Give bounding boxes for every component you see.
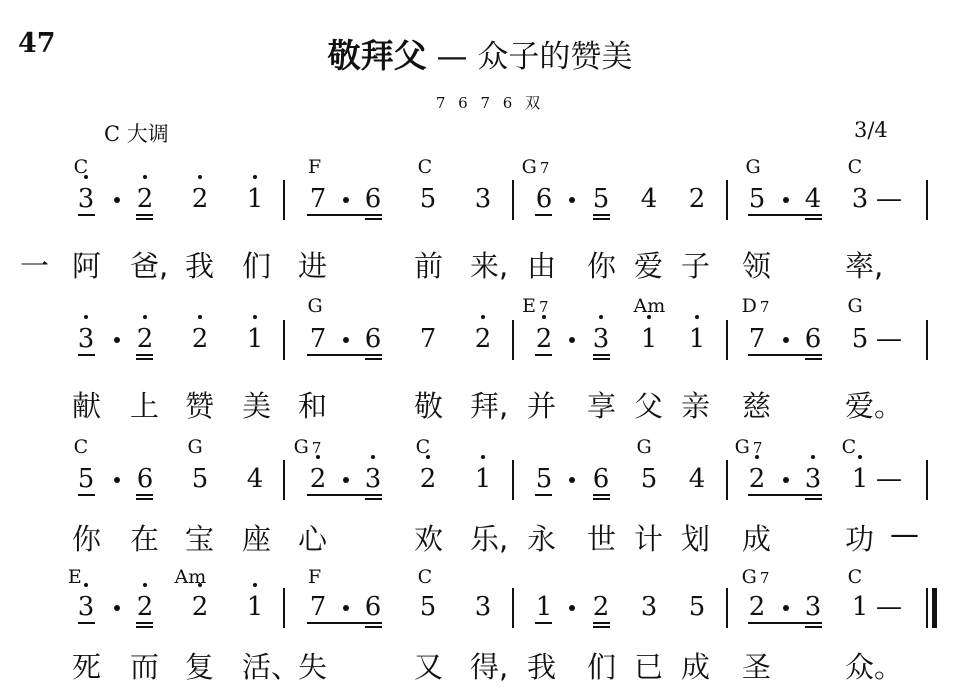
key-signature: C 大调 — [104, 118, 169, 148]
lyric-syllable: — — [890, 517, 930, 551]
underline — [307, 354, 382, 356]
chord-name: G — [636, 436, 651, 458]
high-octave-dot — [253, 315, 257, 319]
underline — [593, 622, 610, 624]
note: 5 — [845, 324, 875, 354]
underline — [307, 622, 382, 624]
chord-symbol: G — [636, 436, 651, 458]
barline — [512, 320, 514, 360]
underline-double — [593, 218, 610, 220]
lyric-syllable: 敬 — [414, 384, 454, 425]
chord-name: G — [847, 295, 862, 317]
note: 3 — [845, 184, 875, 214]
chord-name: G — [735, 436, 750, 458]
lyric-syllable: 你 — [72, 517, 112, 558]
augmentation-dot — [569, 337, 575, 343]
title-separator: — — [427, 39, 478, 75]
note: 6 — [358, 592, 388, 622]
augmentation-dot — [783, 605, 789, 611]
augmentation-dot — [114, 605, 120, 611]
sustain-dash: — — [874, 184, 904, 214]
lyric-syllable: 一 — [20, 244, 60, 285]
underline — [535, 494, 552, 496]
lyric-syllable: 率, — [845, 244, 885, 285]
high-octave-dot — [253, 175, 257, 179]
chord-symbol: F — [308, 156, 321, 178]
sustain-dash: — — [874, 592, 904, 622]
underline — [748, 214, 822, 216]
note: 7 — [303, 324, 333, 354]
note: 2 — [529, 324, 559, 354]
note: 5 — [413, 592, 443, 622]
high-octave-dot — [599, 315, 603, 319]
lyric-syllable: 众。 — [845, 645, 885, 686]
chord-name: F — [308, 566, 321, 588]
note: 7 — [742, 324, 772, 354]
chord-name: G — [522, 156, 537, 178]
lyric-syllable: 并 — [527, 384, 567, 425]
lyric-syllable: 们 — [242, 244, 282, 285]
barline — [926, 320, 928, 360]
note: 3 — [71, 324, 101, 354]
chord-extension: 7 — [539, 298, 549, 316]
note: 7 — [413, 324, 443, 354]
lyric-syllable: 功 — [845, 517, 885, 558]
barline — [726, 320, 728, 360]
underline — [307, 494, 382, 496]
underline-double — [136, 626, 153, 628]
chord-name: C — [418, 156, 433, 178]
note: 6 — [798, 324, 828, 354]
note: 2 — [586, 592, 616, 622]
lyric-syllable: 献 — [72, 384, 112, 425]
lyric-syllable: 座 — [242, 517, 282, 558]
chord-name: C — [848, 566, 863, 588]
barline — [512, 588, 514, 628]
lyric-syllable: 心 — [298, 517, 338, 558]
underline — [136, 622, 153, 624]
lyric-syllable: 爱。 — [845, 384, 885, 425]
chord-symbol: G7 — [522, 156, 550, 178]
note: 1 — [240, 324, 270, 354]
high-octave-dot — [371, 455, 375, 459]
chord-extension: 7 — [760, 569, 770, 587]
lyric-syllable: 慈 — [742, 384, 782, 425]
chord-symbol: G — [307, 295, 322, 317]
underline — [535, 214, 552, 216]
note: 5 — [682, 592, 712, 622]
high-octave-dot — [198, 315, 202, 319]
note: 3 — [798, 464, 828, 494]
note: 2 — [468, 324, 498, 354]
final-barline-thick — [932, 588, 937, 628]
chord-name: G — [307, 295, 322, 317]
note: 6 — [358, 184, 388, 214]
augmentation-dot — [783, 337, 789, 343]
lyric-syllable: 已 — [634, 645, 674, 686]
chord-symbol: C — [848, 156, 863, 178]
chord-symbol: G — [847, 295, 862, 317]
high-octave-dot — [481, 315, 485, 319]
lyric-syllable: 领 — [742, 244, 782, 285]
underline — [593, 354, 610, 356]
augmentation-dot — [114, 337, 120, 343]
note: 3 — [468, 592, 498, 622]
underline-double — [136, 498, 153, 500]
note: 7 — [303, 592, 333, 622]
barline — [283, 460, 285, 500]
underline — [593, 214, 610, 216]
augmentation-dot — [569, 477, 575, 483]
note: 4 — [798, 184, 828, 214]
note: 5 — [742, 184, 772, 214]
note: 1 — [682, 324, 712, 354]
augmentation-dot — [343, 605, 349, 611]
lyric-syllable: 复 — [185, 645, 225, 686]
chord-symbol: Am — [633, 295, 665, 317]
chord-name: F — [308, 156, 321, 178]
sustain-dash: — — [874, 324, 904, 354]
underline — [136, 214, 153, 216]
lyric-syllable: 划 — [681, 517, 721, 558]
high-octave-dot — [858, 455, 862, 459]
note: 3 — [358, 464, 388, 494]
lyric-syllable: 而 — [130, 645, 170, 686]
note: 3 — [71, 184, 101, 214]
lyric-syllable: 阿 — [72, 244, 112, 285]
underline-double — [365, 626, 382, 628]
barline — [283, 180, 285, 220]
lyric-syllable: 我 — [185, 244, 225, 285]
note: 6 — [586, 464, 616, 494]
chord-symbol: F — [308, 566, 321, 588]
underline — [78, 354, 95, 356]
underline-double — [593, 626, 610, 628]
barline — [726, 588, 728, 628]
chord-name: E — [522, 295, 536, 317]
note: 1 — [845, 464, 875, 494]
chord-symbol: C — [848, 566, 863, 588]
chord-name: C — [842, 436, 857, 458]
barline — [926, 460, 928, 500]
lyric-syllable: 亲 — [681, 384, 721, 425]
chord-symbol: D7 — [742, 295, 770, 317]
augmentation-dot — [114, 477, 120, 483]
high-octave-dot — [143, 175, 147, 179]
underline-double — [136, 218, 153, 220]
note: 1 — [468, 464, 498, 494]
note: 5 — [185, 464, 215, 494]
lyric-syllable: 你 — [587, 244, 627, 285]
chord-name: G — [745, 156, 760, 178]
chord-symbol: C — [418, 156, 433, 178]
high-octave-dot — [143, 315, 147, 319]
augmentation-dot — [569, 197, 575, 203]
underline — [307, 214, 382, 216]
lyric-syllable: 永 — [527, 517, 567, 558]
lyric-syllable: 来, — [470, 244, 510, 285]
lyric-syllable: 们 — [587, 645, 627, 686]
chord-symbol: G7 — [742, 566, 770, 588]
underline — [136, 494, 153, 496]
high-octave-dot — [542, 315, 546, 319]
note: 3 — [586, 324, 616, 354]
note: 1 — [529, 592, 559, 622]
lyric-syllable: 爸, — [130, 244, 170, 285]
lyric-syllable: 上 — [130, 384, 170, 425]
note: 1 — [634, 324, 664, 354]
note: 5 — [71, 464, 101, 494]
underline-double — [805, 498, 822, 500]
note: 2 — [742, 592, 772, 622]
underline-double — [805, 218, 822, 220]
lyric-syllable: 圣 — [742, 645, 782, 686]
lyric-syllable: 世 — [587, 517, 627, 558]
chord-name: G — [742, 566, 757, 588]
high-octave-dot — [198, 583, 202, 587]
augmentation-dot — [343, 337, 349, 343]
high-octave-dot — [84, 175, 88, 179]
underline-double — [365, 358, 382, 360]
high-octave-dot — [647, 315, 651, 319]
underline — [748, 354, 822, 356]
sustain-dash: — — [874, 464, 904, 494]
title-subtitle: 众子的赞美 — [477, 39, 632, 75]
chord-name: G — [187, 436, 202, 458]
lyric-syllable: 美 — [242, 384, 282, 425]
chord-name: E — [68, 566, 82, 588]
chord-name: C — [418, 566, 433, 588]
chord-name: G — [294, 436, 309, 458]
high-octave-dot — [198, 175, 202, 179]
underline — [535, 622, 552, 624]
note: 1 — [240, 184, 270, 214]
note: 1 — [845, 592, 875, 622]
chord-symbol: G — [187, 436, 202, 458]
note: 3 — [468, 184, 498, 214]
title-main: 敬拜父 — [328, 36, 427, 75]
chord-symbol: E7 — [522, 295, 548, 317]
high-octave-dot — [84, 315, 88, 319]
note: 3 — [71, 592, 101, 622]
lyric-syllable: 享 — [587, 384, 627, 425]
chord-symbol: C — [842, 436, 857, 458]
high-octave-dot — [426, 455, 430, 459]
barline — [726, 180, 728, 220]
underline — [136, 354, 153, 356]
lyric-syllable: 由 — [527, 244, 567, 285]
underline — [78, 622, 95, 624]
lyric-syllable: 宝 — [185, 517, 225, 558]
chord-name: C — [848, 156, 863, 178]
final-barline-thin — [926, 588, 928, 628]
time-signature: 3/4 — [854, 118, 888, 142]
lyric-syllable: 在 — [130, 517, 170, 558]
note: 5 — [413, 184, 443, 214]
note: 4 — [682, 464, 712, 494]
note: 5 — [634, 464, 664, 494]
barline — [512, 460, 514, 500]
note: 4 — [240, 464, 270, 494]
note: 2 — [682, 184, 712, 214]
lyric-syllable: 爱 — [634, 244, 674, 285]
lyric-syllable: 父 — [634, 384, 674, 425]
augmentation-dot — [783, 197, 789, 203]
note: 3 — [798, 592, 828, 622]
lyric-syllable: 成 — [681, 645, 721, 686]
note: 4 — [634, 184, 664, 214]
meter: 7 6 7 6 双 — [0, 92, 960, 113]
lyric-syllable: 子 — [681, 244, 721, 285]
chord-symbol: E — [68, 566, 82, 588]
chord-name: D — [742, 295, 757, 317]
chord-name: C — [74, 436, 89, 458]
augmentation-dot — [569, 605, 575, 611]
chord-symbol: G — [745, 156, 760, 178]
lyric-syllable: 活、 — [242, 645, 282, 686]
underline-double — [805, 358, 822, 360]
note: 2 — [185, 324, 215, 354]
note: 6 — [358, 324, 388, 354]
underline-double — [593, 498, 610, 500]
note: 2 — [130, 324, 160, 354]
lyric-syllable: 又 — [414, 645, 454, 686]
high-octave-dot — [84, 583, 88, 587]
lyric-syllable: 失 — [298, 645, 338, 686]
note: 2 — [130, 592, 160, 622]
note: 5 — [586, 184, 616, 214]
augmentation-dot — [114, 197, 120, 203]
hymn-title: 敬拜父 — 众子的赞美 — [0, 30, 960, 77]
lyric-syllable: 成 — [742, 517, 782, 558]
lyric-syllable: 欢 — [414, 517, 454, 558]
augmentation-dot — [343, 197, 349, 203]
lyric-syllable: 和 — [298, 384, 338, 425]
barline — [512, 180, 514, 220]
augmentation-dot — [343, 477, 349, 483]
note: 3 — [634, 592, 664, 622]
note: 6 — [529, 184, 559, 214]
high-octave-dot — [755, 455, 759, 459]
underline-double — [136, 358, 153, 360]
high-octave-dot — [695, 315, 699, 319]
high-octave-dot — [481, 455, 485, 459]
underline-double — [805, 626, 822, 628]
lyric-syllable: 得, — [470, 645, 510, 686]
lyric-syllable: 赞 — [185, 384, 225, 425]
chord-symbol: C — [74, 436, 89, 458]
underline-double — [365, 498, 382, 500]
lyric-syllable: 前 — [414, 244, 454, 285]
chord-name: Am — [633, 295, 665, 317]
lyric-syllable: 计 — [634, 517, 674, 558]
underline-double — [365, 218, 382, 220]
note: 2 — [185, 184, 215, 214]
underline — [535, 354, 552, 356]
note: 2 — [185, 592, 215, 622]
underline — [593, 494, 610, 496]
high-octave-dot — [811, 455, 815, 459]
note: 7 — [303, 184, 333, 214]
lyric-syllable: 乐, — [470, 517, 510, 558]
chord-extension: 7 — [540, 159, 550, 177]
note: 2 — [413, 464, 443, 494]
underline — [748, 622, 822, 624]
note: 1 — [240, 592, 270, 622]
underline — [78, 214, 95, 216]
note: 2 — [303, 464, 333, 494]
high-octave-dot — [316, 455, 320, 459]
augmentation-dot — [783, 477, 789, 483]
lyric-syllable: 进 — [298, 244, 338, 285]
high-octave-dot — [253, 583, 257, 587]
underline — [748, 494, 822, 496]
lyric-syllable: 死 — [72, 645, 112, 686]
barline — [283, 588, 285, 628]
barline — [926, 180, 928, 220]
chord-extension: 7 — [760, 298, 770, 316]
note: 2 — [742, 464, 772, 494]
lyric-syllable: 我 — [527, 645, 567, 686]
barline — [283, 320, 285, 360]
underline-double — [593, 358, 610, 360]
note: 5 — [529, 464, 559, 494]
note: 6 — [130, 464, 160, 494]
chord-symbol: C — [418, 566, 433, 588]
underline — [78, 494, 95, 496]
high-octave-dot — [143, 583, 147, 587]
note: 2 — [130, 184, 160, 214]
lyric-syllable: 拜, — [470, 384, 510, 425]
barline — [726, 460, 728, 500]
